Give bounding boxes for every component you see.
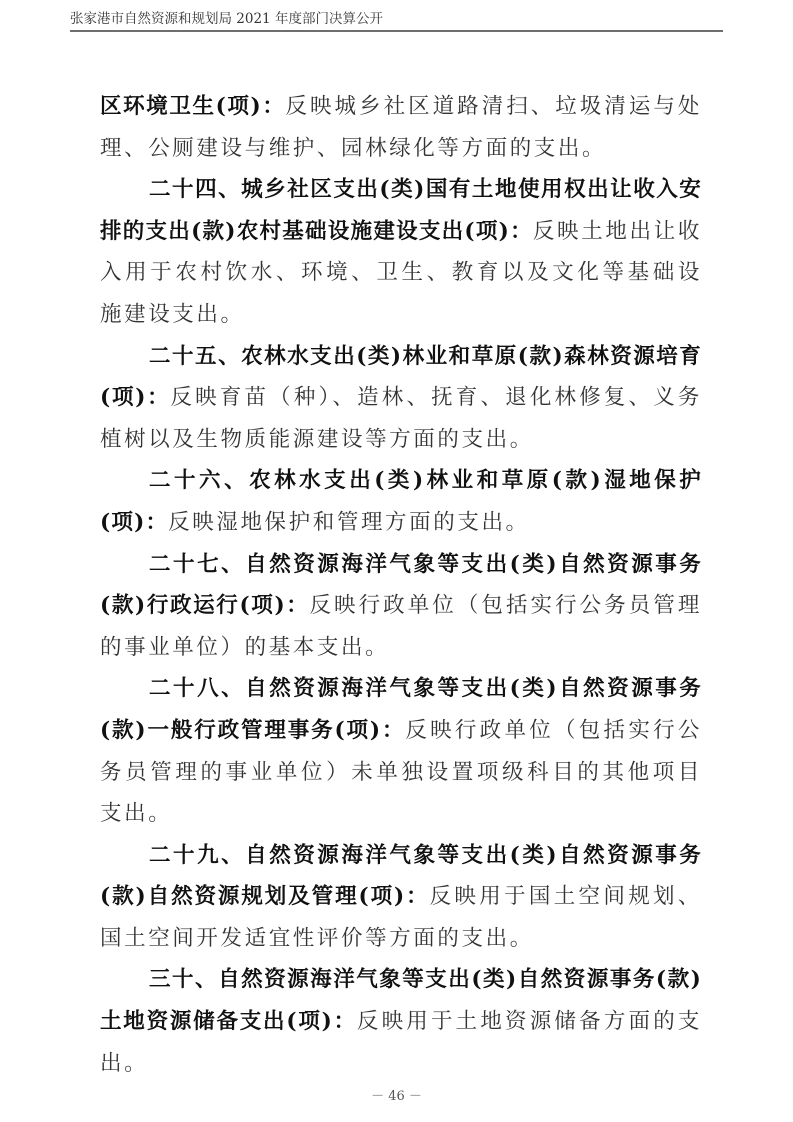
item-heading: 区环境卫生(项)： xyxy=(100,94,285,119)
document-body: 区环境卫生(项)：反映城乡社区道路清扫、垃圾清运与处理、公厕建设与维护、园林绿化… xyxy=(100,86,702,1084)
item-description: 反映育苗（种）、造林、抚育、退化林修复、义务植树以及生物质能源建设等方面的支出。 xyxy=(100,385,702,452)
page-header: 张家港市自然资源和规划局 2021 年度部门决算公开 xyxy=(70,8,723,32)
paragraph-item-29: 二十九、自然资源海洋气象等支出(类)自然资源事务(款)自然资源规划及管理(项)：… xyxy=(100,835,702,960)
paragraph-item-26: 二十六、农林水支出(类)林业和草原(款)湿地保护(项)：反映湿地保护和管理方面的… xyxy=(100,460,702,543)
header-title: 张家港市自然资源和规划局 2021 年度部门决算公开 xyxy=(70,7,383,27)
paragraph-environment-sanitation: 区环境卫生(项)：反映城乡社区道路清扫、垃圾清运与处理、公厕建设与维护、园林绿化… xyxy=(100,86,702,169)
page-number: － 46 － xyxy=(0,1085,793,1104)
paragraph-item-27: 二十七、自然资源海洋气象等支出(类)自然资源事务(款)行政运行(项)：反映行政单… xyxy=(100,544,702,669)
paragraph-item-24: 二十四、城乡社区支出(类)国有土地使用权出让收入安排的支出(款)农村基础设施建设… xyxy=(100,169,702,335)
item-description: 反映湿地保护和管理方面的支出。 xyxy=(168,510,530,535)
paragraph-item-25: 二十五、农林水支出(类)林业和草原(款)森林资源培育(项)：反映育苗（种）、造林… xyxy=(100,336,702,461)
paragraph-item-30: 三十、自然资源海洋气象等支出(类)自然资源事务(款)土地资源储备支出(项)：反映… xyxy=(100,959,702,1084)
paragraph-item-28: 二十八、自然资源海洋气象等支出(类)自然资源事务(款)一般行政管理事务(项)：反… xyxy=(100,668,702,834)
